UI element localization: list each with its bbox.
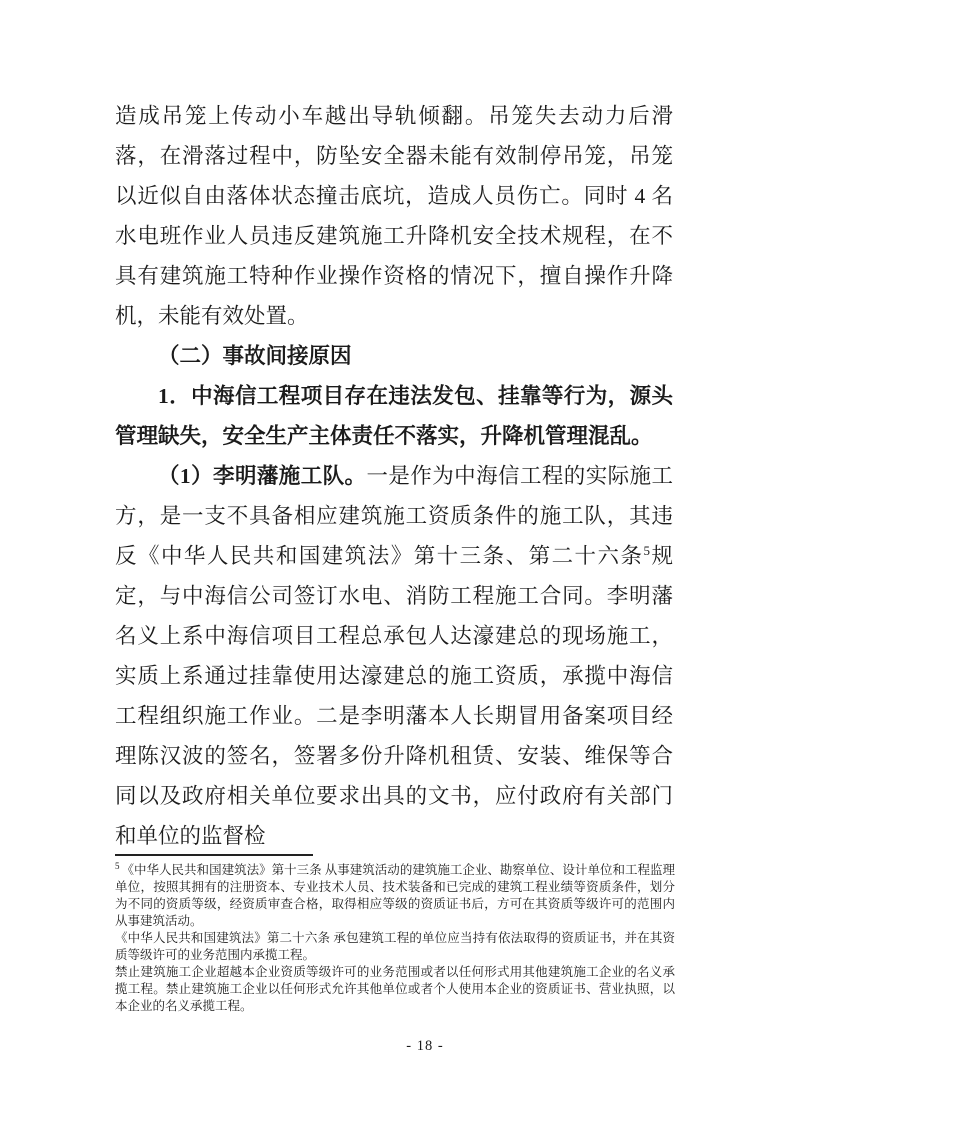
footnote-law-article-13-text: 《中华人民共和国建筑法》第十三条 从事建筑活动的建筑施工企业、勘察单位、设计单位… bbox=[115, 863, 675, 928]
body-text: 造成吊笼上传动小车越出导轨倾翻。吊笼失去动力后滑落，在滑落过程中，防坠安全器未能… bbox=[115, 96, 673, 856]
footnote-law-article-26: 《中华人民共和国建筑法》第二十六条 承包建筑工程的单位应当持有依法取得的资质证书… bbox=[115, 930, 675, 964]
li-mingfan-team-lead: （1）李明藩施工队。 bbox=[158, 464, 366, 488]
heading-indirect-causes: （二）事故间接原因 bbox=[115, 336, 673, 376]
heading-cause-1: 1．中海信工程项目存在违法发包、挂靠等行为，源头管理缺失，安全生产主体责任不落实… bbox=[115, 376, 673, 456]
footnote-separator bbox=[115, 854, 313, 856]
paragraph-li-mingfan-team: （1）李明藩施工队。一是作为中海信工程的实际施工方，是一支不具备相应建筑施工资质… bbox=[115, 456, 673, 856]
document-page: 造成吊笼上传动小车越出导轨倾翻。吊笼失去动力后滑落，在滑落过程中，防坠安全器未能… bbox=[0, 0, 960, 1122]
footnote-law-article-26-prohibitions: 禁止建筑施工企业超越本企业资质等级许可的业务范围或者以任何形式用其他建筑施工企业… bbox=[115, 964, 675, 1015]
li-mingfan-team-text-2: 规定，与中海信公司签订水电、消防工程施工合同。李明藩名义上系中海信项目工程总承包… bbox=[115, 544, 673, 848]
footnotes-section: 5《中华人民共和国建筑法》第十三条 从事建筑活动的建筑施工企业、勘察单位、设计单… bbox=[115, 862, 675, 1015]
paragraph-direct-cause-continuation: 造成吊笼上传动小车越出导轨倾翻。吊笼失去动力后滑落，在滑落过程中，防坠安全器未能… bbox=[115, 96, 673, 336]
footnote-marker-5: 5 bbox=[115, 861, 120, 871]
page-number: - 18 - bbox=[355, 1038, 495, 1055]
footnote-law-article-13: 5《中华人民共和国建筑法》第十三条 从事建筑活动的建筑施工企业、勘察单位、设计单… bbox=[115, 862, 675, 930]
